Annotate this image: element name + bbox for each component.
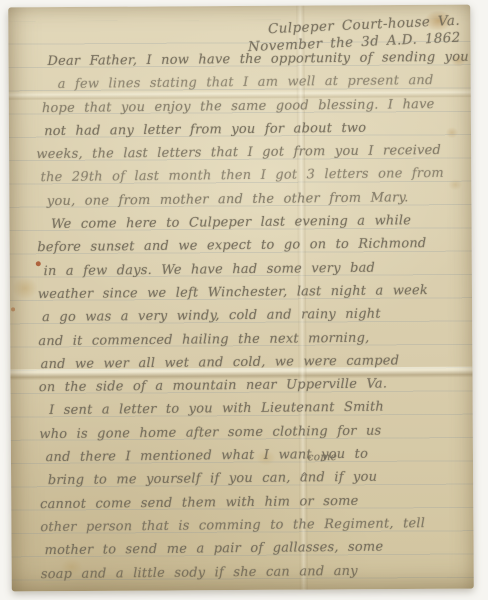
caret-mark: ^ [300,471,309,482]
insertion-word: come [308,451,338,463]
body-line: soap and a little sody if she can and an… [41,558,461,586]
rust-spot-small [11,307,15,311]
letter-photo: Culpeper Court-house Va. November the 3d… [0,0,488,600]
letter-body: Dear Father, I now have the opportunity … [35,46,461,592]
letter-paper: Culpeper Court-house Va. November the 3d… [8,5,474,592]
stain-blotch [12,277,38,299]
